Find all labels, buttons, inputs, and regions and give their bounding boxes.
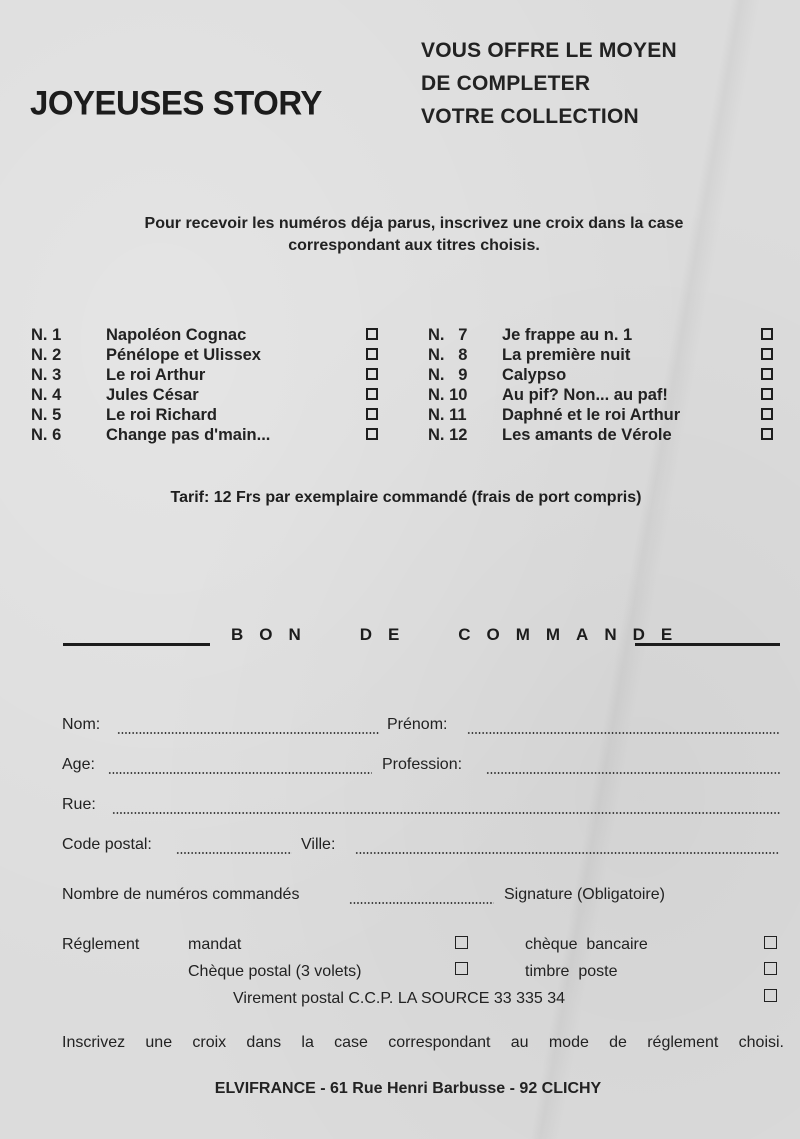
issue-title: Les amants de Vérole xyxy=(502,425,672,445)
issue-number: N. 12 xyxy=(428,425,467,445)
tagline-line: VOUS OFFRE LE MOYEN xyxy=(421,34,677,67)
issue-checkbox[interactable] xyxy=(761,348,773,360)
issue-number: N. 5 xyxy=(31,405,61,425)
payment-instructions: Inscrivez une croix dans la case corresp… xyxy=(62,1034,784,1052)
payment-option-virement-label: Virement postal C.C.P. LA SOURCE 33 335 … xyxy=(233,990,565,1008)
payment-option-virement-checkbox[interactable] xyxy=(764,989,777,1002)
issue-checkbox[interactable] xyxy=(761,368,773,380)
issue-number: N. 2 xyxy=(31,345,61,365)
issue-checkbox[interactable] xyxy=(761,328,773,340)
issue-row: N. 12Les amants de Vérole xyxy=(428,425,788,445)
issue-checkbox[interactable] xyxy=(366,428,378,440)
tagline-line: DE COMPLETER xyxy=(421,67,677,100)
issue-title: La première nuit xyxy=(502,345,630,365)
issue-number: N. 1 xyxy=(31,325,61,345)
payment-option-cheque-bancaire-checkbox[interactable] xyxy=(764,936,777,949)
order-form-title-word: DE xyxy=(360,625,416,644)
price-note: Tarif: 12 Frs par exemplaire commandé (f… xyxy=(0,489,800,507)
instructions-line: Pour recevoir les numéros déja parus, in… xyxy=(0,213,800,235)
issue-list-right: N. 7Je frappe au n. 1N. 8La première nui… xyxy=(428,325,788,445)
tagline: VOUS OFFRE LE MOYEN DE COMPLETER VOTRE C… xyxy=(421,34,677,133)
rue-label: Rue: xyxy=(62,796,96,814)
nom-input[interactable] xyxy=(117,716,379,736)
payment-option-mandat-label: mandat xyxy=(188,936,241,954)
payment-option-cheque-postal-checkbox[interactable] xyxy=(455,962,468,975)
payment-option-cheque-bancaire-label: chèque bancaire xyxy=(525,936,648,954)
profession-label: Profession: xyxy=(382,756,462,774)
issue-checkbox[interactable] xyxy=(366,408,378,420)
instructions-line: correspondant aux titres choisis. xyxy=(0,235,800,257)
issue-title: Calypso xyxy=(502,365,566,385)
issue-checkbox[interactable] xyxy=(761,428,773,440)
payment-label: Réglement xyxy=(62,936,139,954)
issue-title: Au pif? Non... au paf! xyxy=(502,385,668,405)
issue-title: Daphné et le roi Arthur xyxy=(502,405,680,425)
ville-label: Ville: xyxy=(301,836,335,854)
issue-row: N. 9Calypso xyxy=(428,365,788,385)
issue-number: N. 4 xyxy=(31,385,61,405)
issue-checkbox[interactable] xyxy=(761,408,773,420)
issue-checkbox[interactable] xyxy=(366,388,378,400)
payment-option-timbre-checkbox[interactable] xyxy=(764,962,777,975)
issue-title: Pénélope et Ulissex xyxy=(106,345,261,365)
payment-option-timbre-label: timbre poste xyxy=(525,963,617,981)
issue-number: N. 8 xyxy=(428,345,467,365)
issue-row: N. 7Je frappe au n. 1 xyxy=(428,325,788,345)
prenom-label: Prénom: xyxy=(387,716,447,734)
issue-row: N. 2Pénélope et Ulissex xyxy=(31,345,391,365)
code-postal-label: Code postal: xyxy=(62,836,152,854)
code-postal-input[interactable] xyxy=(176,836,292,856)
issue-checkbox[interactable] xyxy=(366,328,378,340)
issue-number: N. 10 xyxy=(428,385,467,405)
issue-row: N. 5Le roi Richard xyxy=(31,405,391,425)
issue-title: Jules César xyxy=(106,385,199,405)
issue-title: Je frappe au n. 1 xyxy=(502,325,632,345)
issue-row: N. 10Au pif? Non... au paf! xyxy=(428,385,788,405)
issue-number: N. 7 xyxy=(428,325,467,345)
issue-checkbox[interactable] xyxy=(366,368,378,380)
quantity-label: Nombre de numéros commandés xyxy=(62,886,299,904)
age-input[interactable] xyxy=(108,756,372,776)
issue-row: N. 8La première nuit xyxy=(428,345,788,365)
nom-label: Nom: xyxy=(62,716,100,734)
issue-number: N. 3 xyxy=(31,365,61,385)
issue-title: Le roi Richard xyxy=(106,405,217,425)
issue-number: N. 6 xyxy=(31,425,61,445)
issue-list-left: N. 1Napoléon CognacN. 2Pénélope et Uliss… xyxy=(31,325,391,445)
issue-row: N. 6Change pas d'main... xyxy=(31,425,391,445)
issue-number: N. 11 xyxy=(428,405,467,425)
quantity-input[interactable] xyxy=(349,886,494,906)
issue-title: Change pas d'main... xyxy=(106,425,270,445)
issue-checkbox[interactable] xyxy=(761,388,773,400)
issue-title: Le roi Arthur xyxy=(106,365,205,385)
issue-row: N. 11Daphné et le roi Arthur xyxy=(428,405,788,425)
profession-input[interactable] xyxy=(486,756,780,776)
order-form-title-word: BON xyxy=(231,625,317,644)
payment-option-cheque-postal-label: Chèque postal (3 volets) xyxy=(188,963,361,981)
issue-row: N. 4Jules César xyxy=(31,385,391,405)
magazine-title: JOYEUSES STORY xyxy=(30,83,322,123)
instructions: Pour recevoir les numéros déja parus, in… xyxy=(0,213,800,257)
rue-input[interactable] xyxy=(112,796,780,816)
signature-label: Signature (Obligatoire) xyxy=(504,886,665,904)
tagline-line: VOTRE COLLECTION xyxy=(421,100,677,133)
issue-row: N. 3Le roi Arthur xyxy=(31,365,391,385)
ville-input[interactable] xyxy=(355,836,780,856)
issue-title: Napoléon Cognac xyxy=(106,325,246,345)
order-form-title: BON DE COMMANDE xyxy=(231,625,688,645)
order-form-title-word: COMMANDE xyxy=(458,625,688,644)
title-rule-left xyxy=(63,643,210,646)
issue-checkbox[interactable] xyxy=(366,348,378,360)
issue-number: N. 9 xyxy=(428,365,467,385)
title-rule-right xyxy=(635,643,780,646)
age-label: Age: xyxy=(62,756,95,774)
prenom-input[interactable] xyxy=(467,716,780,736)
publisher-address: ELVIFRANCE - 61 Rue Henri Barbusse - 92 … xyxy=(0,1080,800,1098)
issue-row: N. 1Napoléon Cognac xyxy=(31,325,391,345)
payment-option-mandat-checkbox[interactable] xyxy=(455,936,468,949)
